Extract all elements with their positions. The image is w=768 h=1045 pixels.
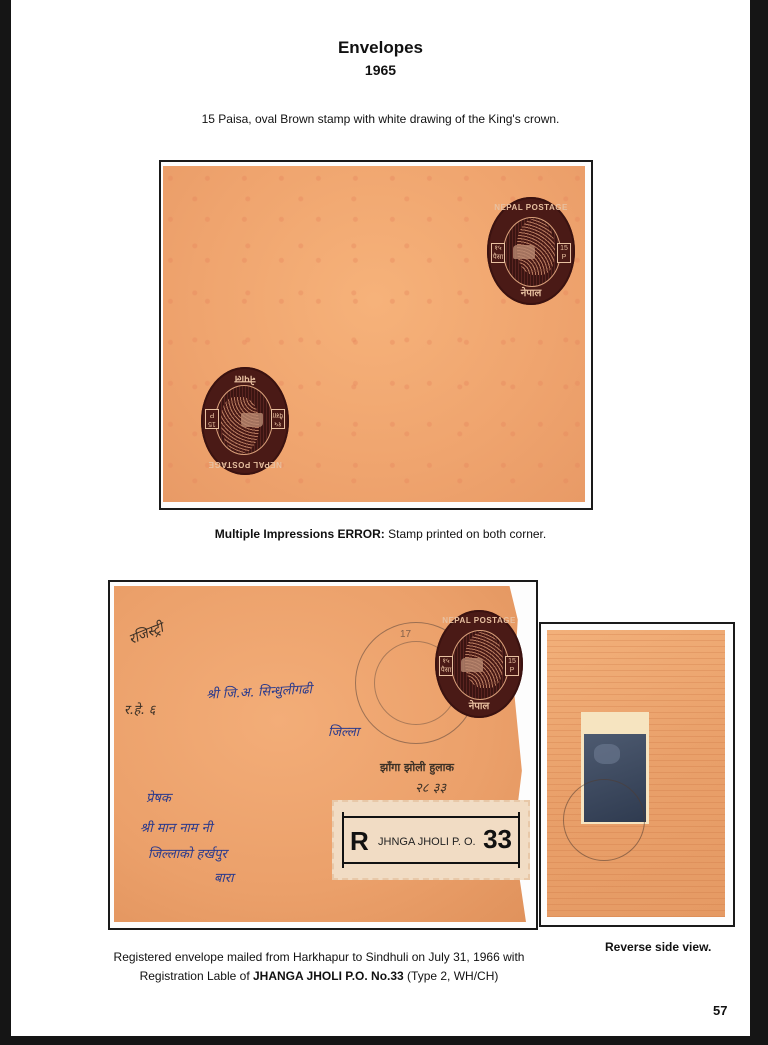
page-number: 57: [713, 1003, 727, 1018]
error-caption-text: Stamp printed on both corner.: [385, 527, 546, 541]
registered-envelope-front: 17 NEPAL POSTAGE १५ पैसा 15 P नेपाल रजिस…: [108, 580, 538, 930]
stamp-impression: NEPAL POSTAGE १५ पैसा 15 P नेपाल: [435, 610, 523, 718]
crown-icon: [241, 413, 263, 427]
handwriting-ref: र.हे. ६: [124, 700, 155, 718]
postmark-text: 17: [400, 629, 411, 640]
stamp-value-left: १५ पैसा: [439, 656, 453, 676]
handwriting-number: २८ ३३: [415, 778, 446, 796]
stamp-text: NEPAL POSTAGE: [435, 616, 523, 625]
registered-envelope-reverse: [539, 622, 735, 927]
handwriting-sender-district: बारा: [214, 868, 233, 886]
stamp-value-left: १५ पैसा: [491, 243, 505, 263]
error-caption-bold: Multiple Impressions ERROR:: [215, 527, 385, 541]
album-page: Envelopes 1965 15 Paisa, oval Brown stam…: [11, 0, 750, 1036]
handwriting-sender-label: प्रेषक: [146, 788, 171, 806]
registration-letter: R: [350, 826, 369, 857]
handwriting-post-office-stamp: झाँगा झोली हुलाक: [380, 760, 454, 775]
page-subtitle: 15 Paisa, oval Brown stamp with white dr…: [11, 112, 750, 126]
registration-post-office: JHNGA JHOLI P. O.: [378, 836, 476, 848]
registered-caption-line1: Registered envelope mailed from Harkhapu…: [99, 948, 539, 967]
stamp-impression-top-right: NEPAL POSTAGE १५ पैसा 15 P नेपाल: [487, 197, 575, 305]
registered-caption: Registered envelope mailed from Harkhapu…: [99, 948, 539, 986]
handwriting-sender-place: जिल्लाको हर्खपुर: [148, 844, 227, 862]
stamp-text: NEPAL POSTAGE: [201, 460, 289, 469]
stamp-bottom-text: नेपाल: [487, 285, 575, 299]
registration-label: R JHNGA JHOLI P. O. 33: [332, 800, 530, 880]
stamp-value: 15 P: [505, 656, 519, 676]
crown-icon: [513, 245, 535, 259]
envelope-error-image: NEPAL POSTAGE १५ पैसा 15 P नेपाल NEPAL P…: [159, 160, 593, 510]
error-caption: Multiple Impressions ERROR: Stamp printe…: [11, 527, 750, 541]
crown-icon: [461, 658, 483, 672]
backstamp-postmark: [563, 779, 645, 861]
stamp-bottom-text: नेपाल: [201, 373, 289, 387]
stamp-value: 15 P: [205, 409, 219, 429]
handwriting-district: जिल्ला: [328, 722, 359, 740]
stamp-bottom-text: नेपाल: [435, 698, 523, 712]
page-year: 1965: [11, 62, 750, 78]
handwriting-sender-name: श्री मान नाम नी: [140, 818, 212, 836]
stamp-impression-bottom-left-inverted: NEPAL POSTAGE १५ पैसा 15 P नेपाल: [201, 367, 289, 475]
registered-caption-line2: Registration Lable of JHANGA JHOLI P.O. …: [99, 967, 539, 986]
caption-prefix: Registration Lable of: [140, 969, 253, 983]
reverse-caption: Reverse side view.: [605, 940, 711, 954]
registration-number: 33: [483, 824, 512, 855]
page-title: Envelopes: [11, 38, 750, 58]
caption-bold: JHANGA JHOLI P.O. No.33: [253, 969, 404, 983]
registration-label-border: R JHNGA JHOLI P. O. 33: [342, 816, 520, 864]
stamp-value-left: १५ पैसा: [271, 409, 285, 429]
stamp-text: NEPAL POSTAGE: [487, 203, 575, 212]
stamp-value: 15 P: [557, 243, 571, 263]
caption-suffix: (Type 2, WH/CH): [404, 969, 499, 983]
